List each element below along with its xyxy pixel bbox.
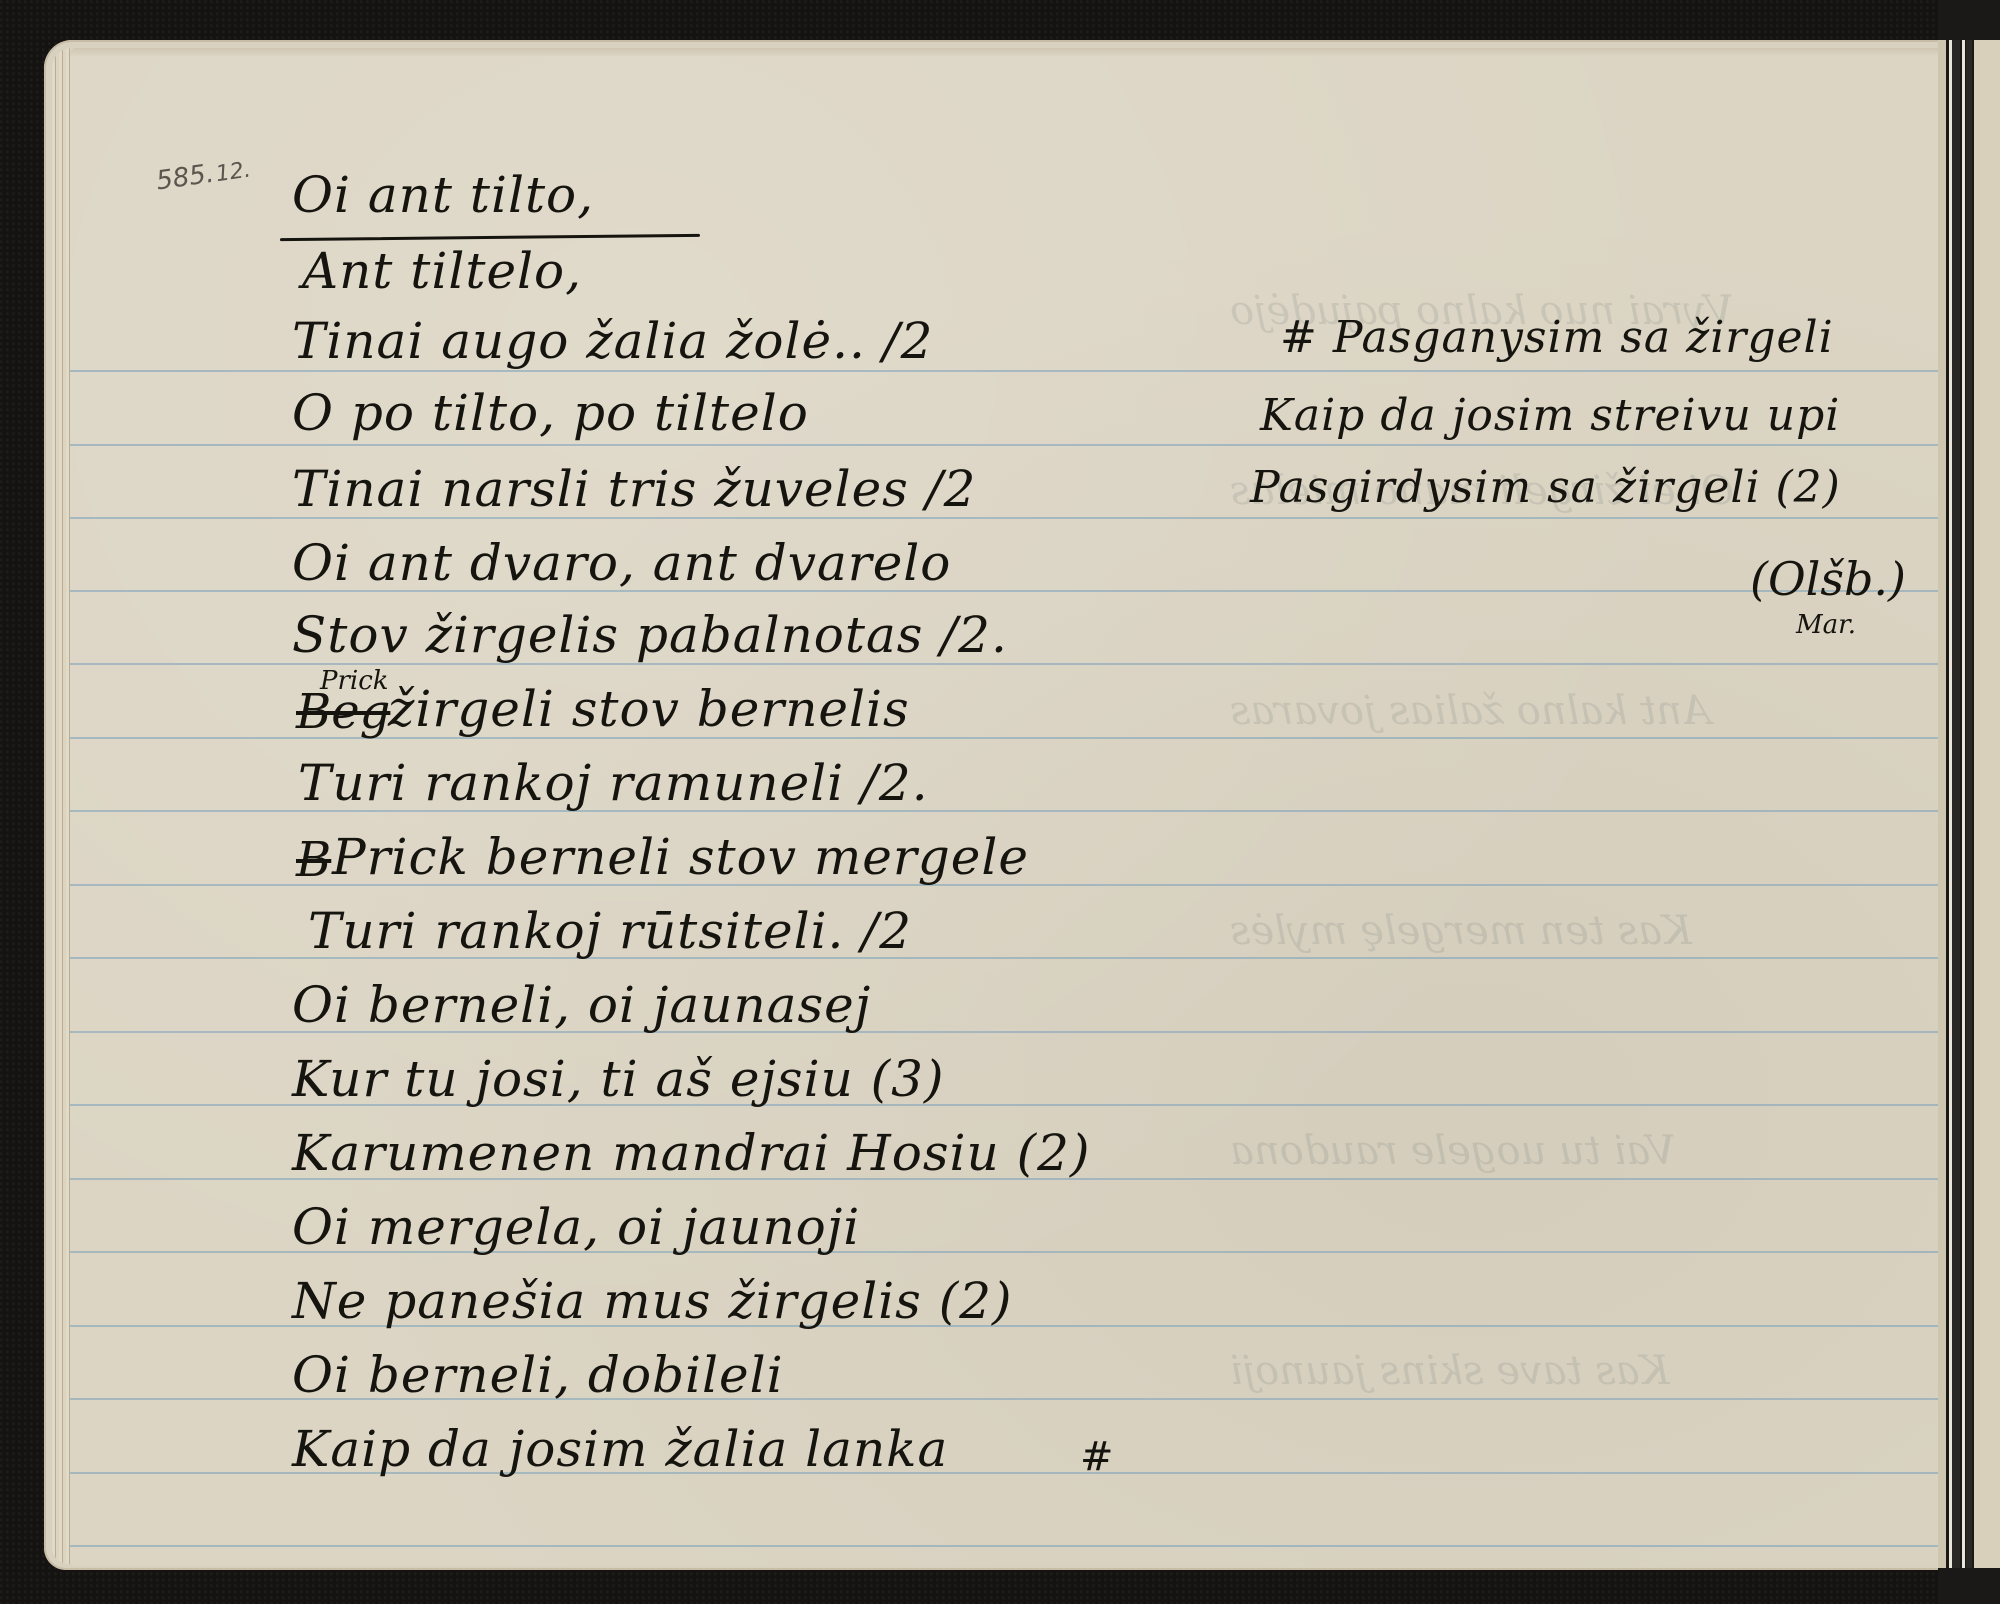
notebook-page: Vyrai nuo kalno pajudėjo Oi ei žirgeli m… [70, 48, 1940, 1566]
end-mark: # [1080, 1434, 1114, 1480]
lyric-line-12: Oi berneli, oi jaunasej [292, 980, 871, 1030]
ruled-line [70, 370, 1940, 372]
notebook-binding [1938, 0, 2000, 1604]
lyric-line-3: Tinai augo žalia žolė.. /2 [292, 316, 933, 366]
lyric-line-10: Prick berneli stov mergele [332, 832, 1029, 882]
lyric-line-4: O po tilto, po tiltelo [292, 388, 809, 438]
lyric-line-16: Ne panešia mus žirgelis (2) [292, 1276, 1013, 1326]
lyric-line-6: Oi ant dvaro, ant dvarelo [292, 538, 951, 588]
lyric-line-18: Kaip da josim žalia lanka [292, 1424, 948, 1474]
page-top-edge [70, 48, 1940, 56]
bleed-through-text: Kas ten mergelę mylės [1230, 908, 1692, 954]
binding-strip [1938, 40, 1946, 1568]
lyric-line-5: Tinai narsli tris žuveles /2 [292, 464, 976, 514]
lyric-line-2: Ant tiltelo, [302, 246, 582, 296]
lyric-line-17: Oi berneli, dobileli [292, 1350, 784, 1400]
title-underline [280, 234, 700, 241]
inserted-word: Prick [320, 666, 389, 696]
binding-strip [1966, 40, 1972, 1568]
bleed-through-text: Kas tave skins jaunoji [1230, 1348, 1670, 1394]
lyric-line-9: Turi rankoj ramuneli /2. [298, 758, 929, 808]
binding-strip [1952, 40, 1960, 1568]
lyric-line-1: Oi ant tilto, [292, 170, 594, 220]
bleed-through-text: Ant kalno žalias jovaras [1230, 688, 1711, 734]
lyric-line-14: Karumenen mandrai Hosiu (2) [292, 1128, 1090, 1178]
lyric-line-11: Turi rankoj rūtsiteli. /2 [308, 906, 912, 956]
lyric-line-15: Oi mergela, oi jaunoji [292, 1202, 860, 1252]
side-line-3: Pasgirdysim sa žirgeli (2) [1250, 466, 1841, 510]
binding-strip [1974, 40, 2000, 1568]
side-line-1: # Pasganysim sa žirgeli [1280, 316, 1834, 360]
lyric-line-13: Kur tu josi, ti aš ejsiu (3) [292, 1054, 945, 1104]
bleed-through-text: Vai tu uogele raudona [1230, 1128, 1675, 1174]
collector-signature-sub: Mar. [1796, 610, 1856, 640]
side-line-2: Kaip da josim streivu upi [1260, 394, 1840, 438]
struck-letter: B [296, 832, 331, 888]
collector-signature: (Olšb.) [1750, 552, 1906, 606]
ruled-line [70, 444, 1940, 446]
catalog-number: 585.12. [154, 154, 252, 197]
ruled-line [70, 1545, 1940, 1547]
lyric-line-8: žirgeli stov bernelis [388, 684, 910, 734]
binding-strip [1962, 40, 1965, 1568]
lyric-line-7: Stov žirgelis pabalnotas /2. [292, 610, 1008, 660]
